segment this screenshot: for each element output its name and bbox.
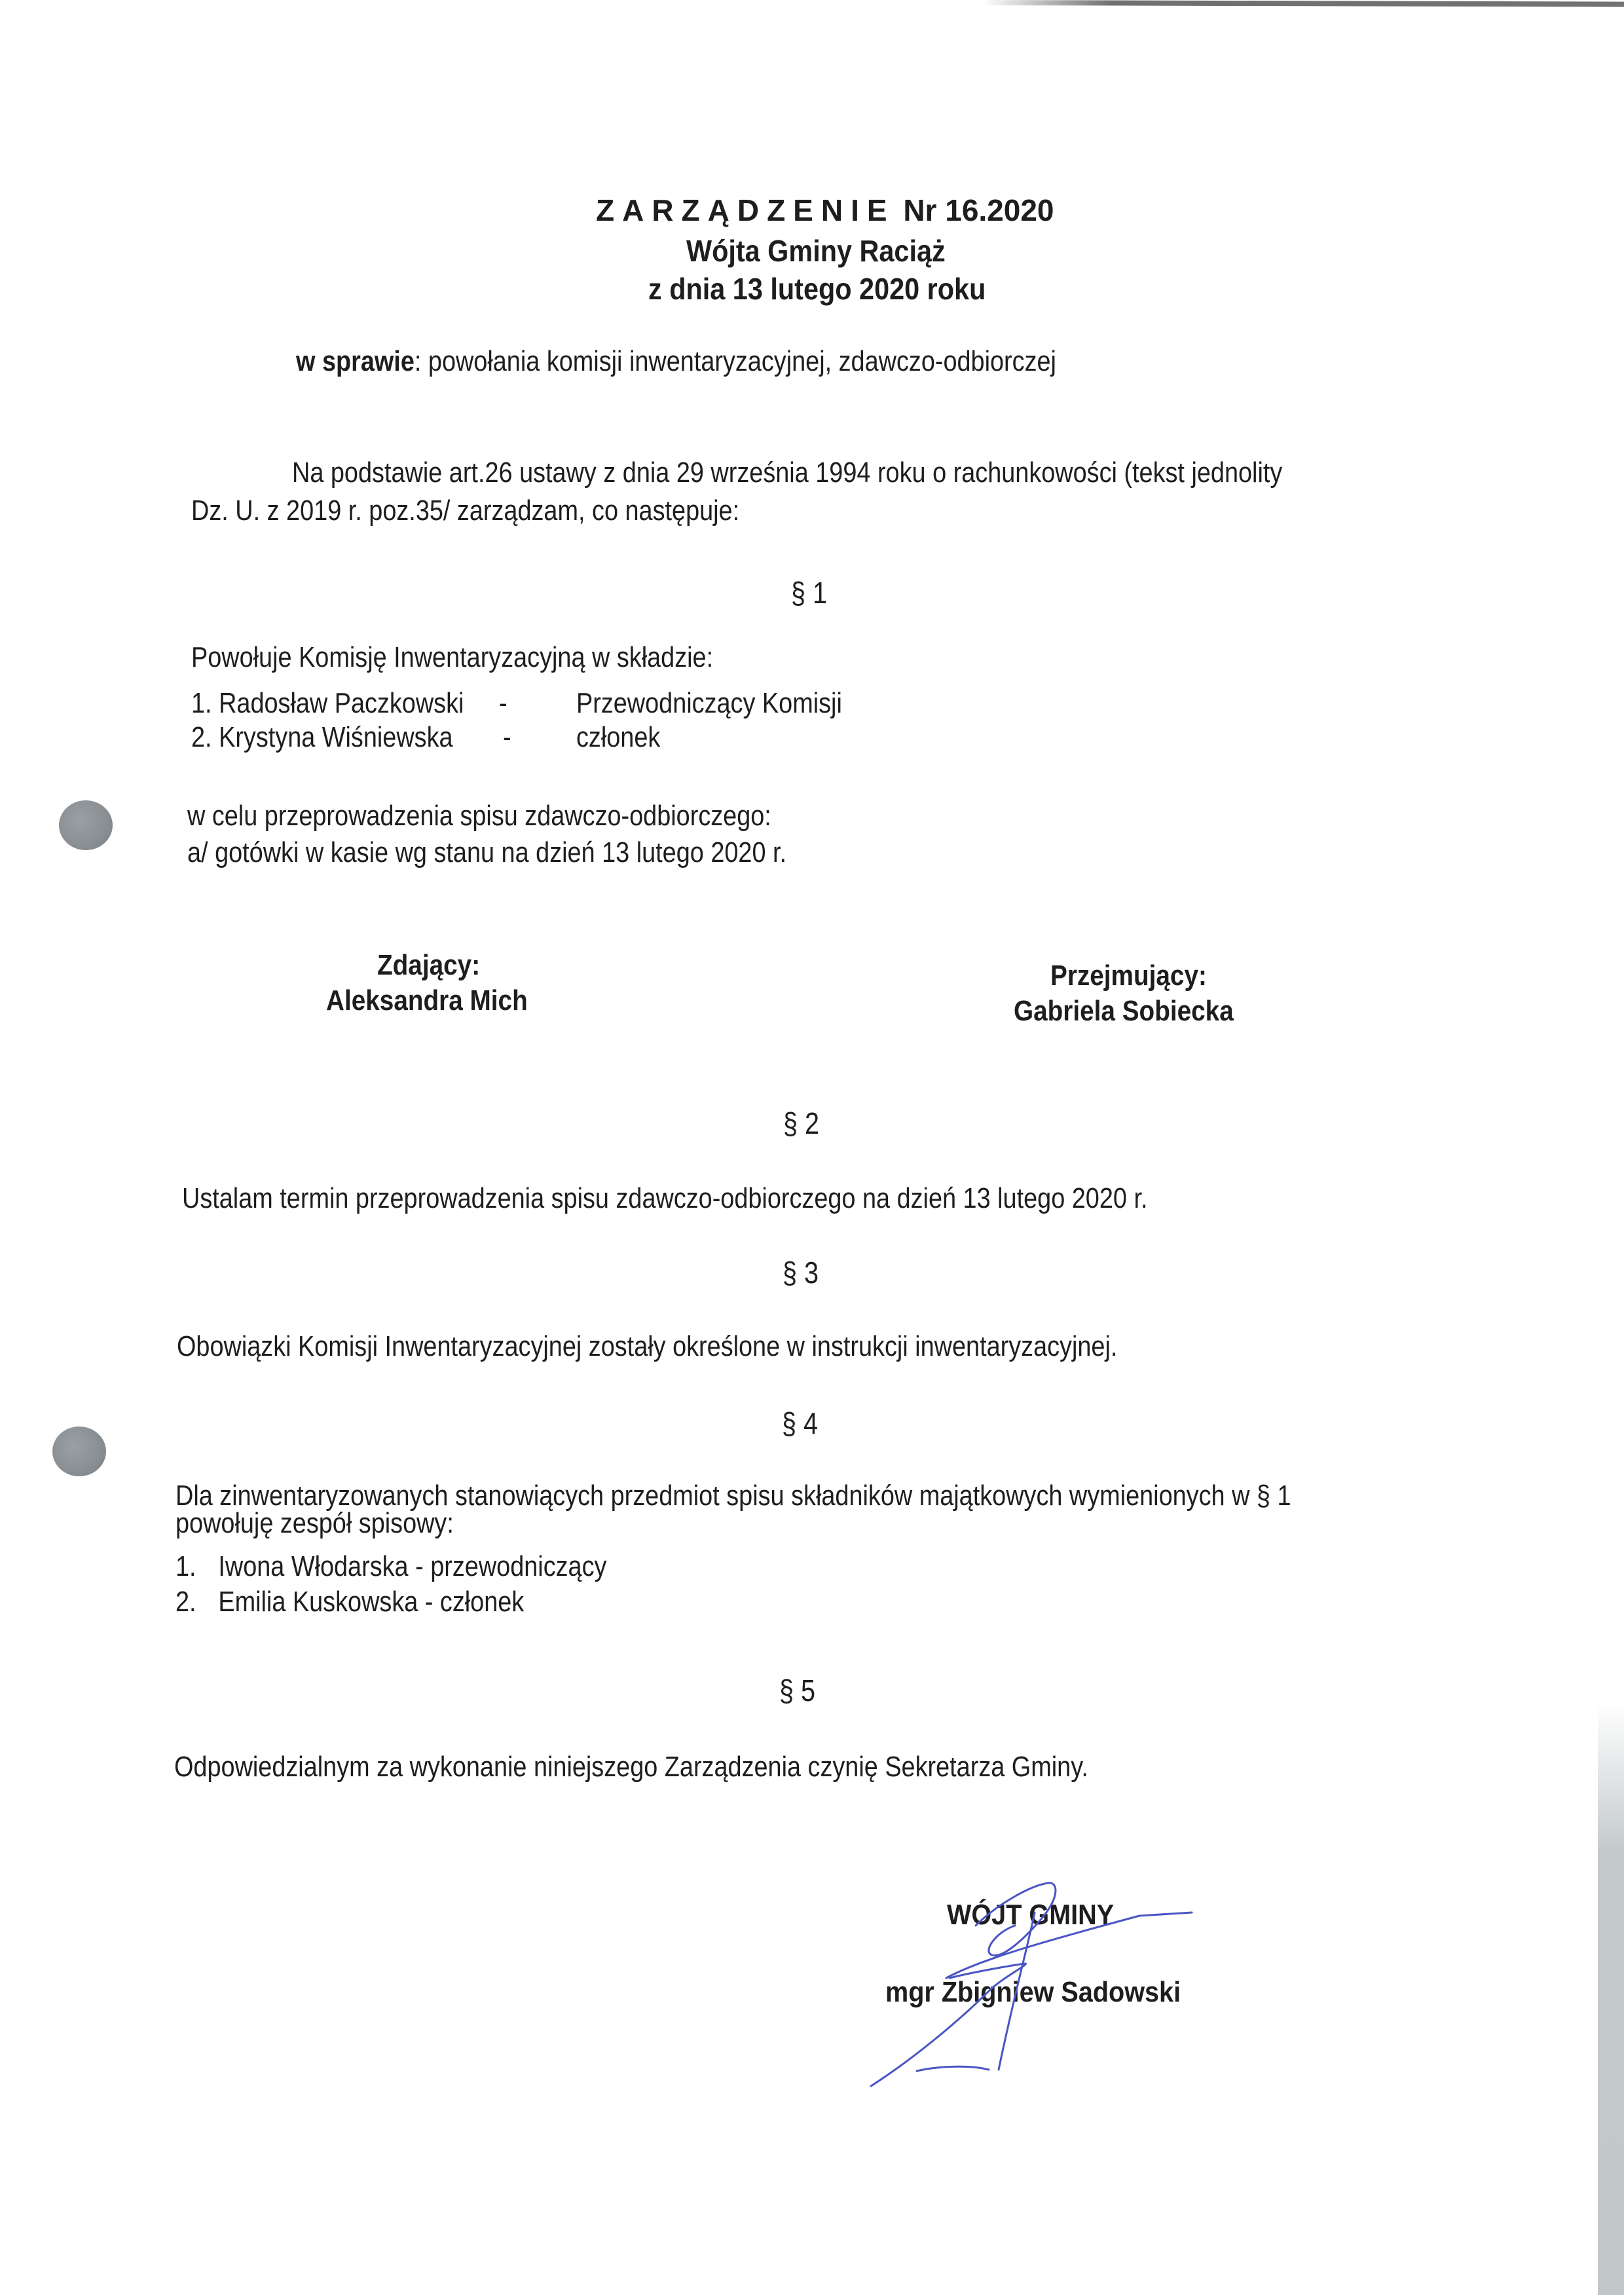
- section-heading-5: § 5: [779, 1675, 815, 1706]
- member-number: 1.: [191, 687, 212, 719]
- team-member-number: 1.: [175, 1552, 218, 1581]
- member-name: Krystyna Wiśniewska: [219, 721, 452, 753]
- section-2-text: Ustalam termin przeprowadzenia spisu zda…: [182, 1184, 1147, 1213]
- commission-member-role: członek: [576, 723, 660, 752]
- subject-label: w sprawie: [296, 345, 415, 377]
- subject-line: w sprawie: powołania komisji inwentaryza…: [296, 347, 1056, 376]
- member-name: Radosław Paczkowski: [219, 687, 464, 719]
- legal-basis-line-2: Dz. U. z 2019 r. poz.35/ zarządzam, co n…: [191, 496, 739, 525]
- scan-right-edge: [1598, 1703, 1624, 2295]
- team-member-number: 2.: [175, 1588, 218, 1616]
- section-4-text-line-1: Dla zinwentaryzowanych stanowiących prze…: [175, 1482, 1291, 1510]
- title-word: ZARZĄDZENIE: [596, 193, 895, 227]
- document-date: z dnia 13 lutego 2020 roku: [648, 274, 986, 304]
- giver-name: Aleksandra Mich: [326, 986, 528, 1015]
- commission-member-name: 2. Krystyna Wiśniewska: [191, 723, 453, 752]
- scan-top-edge: [982, 0, 1624, 7]
- document-issuer: Wójta Gminy Raciąż: [686, 236, 946, 266]
- team-member: 1.Iwona Włodarska - przewodniczący: [175, 1552, 606, 1581]
- member-dash: -: [503, 723, 511, 752]
- punch-hole: [59, 800, 113, 850]
- signatory-title: WÓJT GMINY: [947, 1901, 1114, 1930]
- section-heading-2: § 2: [783, 1108, 819, 1138]
- punch-hole: [52, 1427, 106, 1476]
- title-number: Nr 16.2020: [903, 193, 1054, 227]
- section-5-text: Odpowiedzialnym za wykonanie niniejszego…: [174, 1753, 1088, 1782]
- signatory-name: mgr Zbigniew Sadowski: [885, 1978, 1181, 2007]
- team-member-text: Iwona Włodarska - przewodniczący: [218, 1550, 606, 1582]
- section-heading-1: § 1: [791, 578, 827, 608]
- section-4-text-line-2: powołuję zespół spisowy:: [175, 1509, 454, 1538]
- purpose-line-2: a/ gotówki w kasie wg stanu na dzień 13 …: [187, 838, 786, 867]
- commission-member-name: 1. Radosław Paczkowski: [191, 689, 464, 718]
- section-heading-4: § 4: [782, 1408, 818, 1438]
- section-3-text: Obowiązki Komisji Inwentaryzacyjnej zost…: [177, 1332, 1117, 1361]
- team-member-text: Emilia Kuskowska - członek: [218, 1586, 524, 1618]
- receiver-label: Przejmujący:: [1050, 961, 1207, 990]
- commission-intro: Powołuje Komisję Inwentaryzacyjną w skła…: [191, 643, 713, 672]
- commission-member-role: Przewodniczący Komisji: [576, 689, 842, 718]
- section-heading-3: § 3: [783, 1258, 819, 1288]
- receiver-name: Gabriela Sobiecka: [1014, 997, 1234, 1026]
- member-dash: -: [499, 689, 507, 718]
- team-member: 2.Emilia Kuskowska - członek: [175, 1588, 524, 1616]
- document-title: ZARZĄDZENIE Nr 16.2020: [596, 195, 1054, 225]
- purpose-line-1: w celu przeprowadzenia spisu zdawczo-odb…: [187, 802, 771, 830]
- giver-label: Zdający:: [377, 951, 480, 980]
- legal-basis-line-1: Na podstawie art.26 ustawy z dnia 29 wrz…: [292, 458, 1282, 487]
- member-number: 2.: [191, 721, 212, 753]
- subject-text: : powołania komisji inwentaryzacyjnej, z…: [415, 345, 1056, 377]
